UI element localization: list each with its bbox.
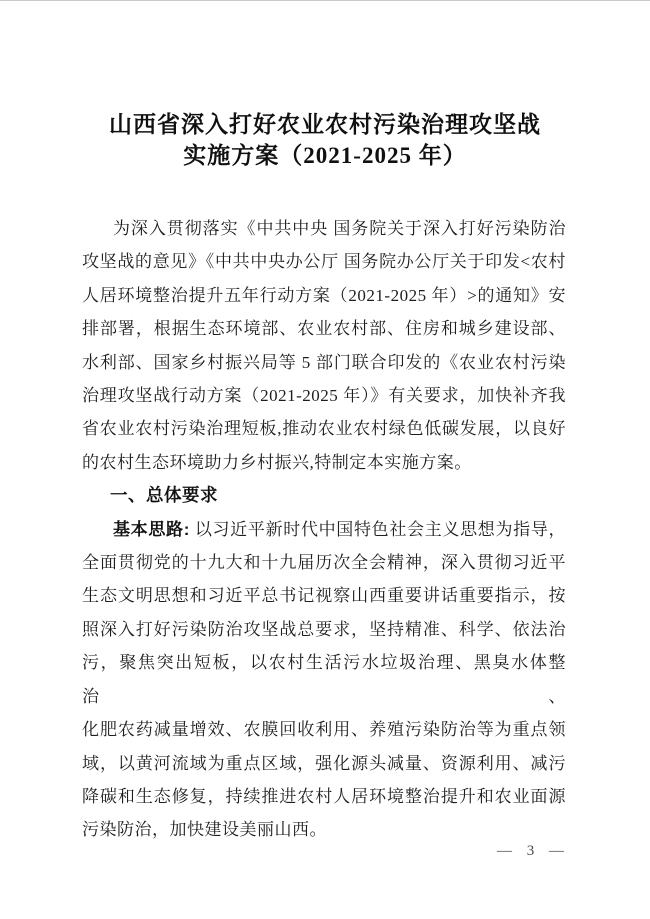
text-line: 基本思路: 以习近平新时代中国特色社会主义思想为指导， xyxy=(82,513,566,546)
title-line-2: 实施方案（2021-2025 年） xyxy=(40,140,610,171)
text-line: 为深入贯彻落实《中共中央 国务院关于深入打好污染防治 xyxy=(82,212,566,245)
text-line: 治理攻坚战行动方案（2021-2025 年）》有关要求，加快补齐我 xyxy=(82,379,566,412)
text-line: 人居环境整治提升五年行动方案（2021-2025 年）>的通知》安 xyxy=(82,279,566,312)
section-heading-1: 一、总体要求 xyxy=(82,479,566,512)
paragraph-1: 为深入贯彻落实《中共中央 国务院关于深入打好污染防治攻坚战的意见》《中共中央办公… xyxy=(82,212,566,479)
text-line: 照深入打好污染防治攻坚战总要求，坚持精准、科学、依法治 xyxy=(82,613,566,646)
text-line: 全面贯彻党的十九大和十九届历次全会精神，深入贯彻习近平 xyxy=(82,546,566,579)
text-line: 排部署，根据生态环境部、农业农村部、住房和城乡建设部、 xyxy=(82,312,566,345)
text-line: 省农业农村污染治理短板,推动农业农村绿色低碳发展，以良好 xyxy=(82,412,566,445)
text-line: 水利部、国家乡村振兴局等 5 部门联合印发的《农业农村污染 xyxy=(82,346,566,379)
title-line-1: 山西省深入打好农业农村污染治理攻坚战 xyxy=(40,109,610,140)
document-body: 为深入贯彻落实《中共中央 国务院关于深入打好污染防治攻坚战的意见》《中共中央办公… xyxy=(82,212,566,847)
text-line: 污染防治，加快建设美丽山西。 xyxy=(82,813,566,846)
text-line: 攻坚战的意见》《中共中央办公厅 国务院办公厅关于印发<农村 xyxy=(82,245,566,278)
paragraph-2: 基本思路: 以习近平新时代中国特色社会主义思想为指导，全面贯彻党的十九大和十九届… xyxy=(82,513,566,847)
document-title: 山西省深入打好农业农村污染治理攻坚战 实施方案（2021-2025 年） xyxy=(0,1,650,171)
text-line: 域，以黄河流域为重点区域，强化源头减量、资源利用、减污 xyxy=(82,747,566,780)
text-line: 降碳和生态修复，持续推进农村人居环境整治提升和农业面源 xyxy=(82,780,566,813)
paragraph-lead: 基本思路: xyxy=(113,520,190,539)
text-line: 污，聚焦突出短板，以农村生活污水垃圾治理、黑臭水体整治、 xyxy=(82,646,566,713)
text-line: 的农村生态环境助力乡村振兴,特制定本实施方案。 xyxy=(82,446,566,479)
page-number: — 3 — xyxy=(497,842,565,860)
text-line: 生态文明思想和习近平总书记视察山西重要讲话重要指示，按 xyxy=(82,579,566,612)
document-page: 山西省深入打好农业农村污染治理攻坚战 实施方案（2021-2025 年） 为深入… xyxy=(0,0,650,919)
text-line: 化肥农药减量增效、农膜回收利用、养殖污染防治等为重点领 xyxy=(82,713,566,746)
